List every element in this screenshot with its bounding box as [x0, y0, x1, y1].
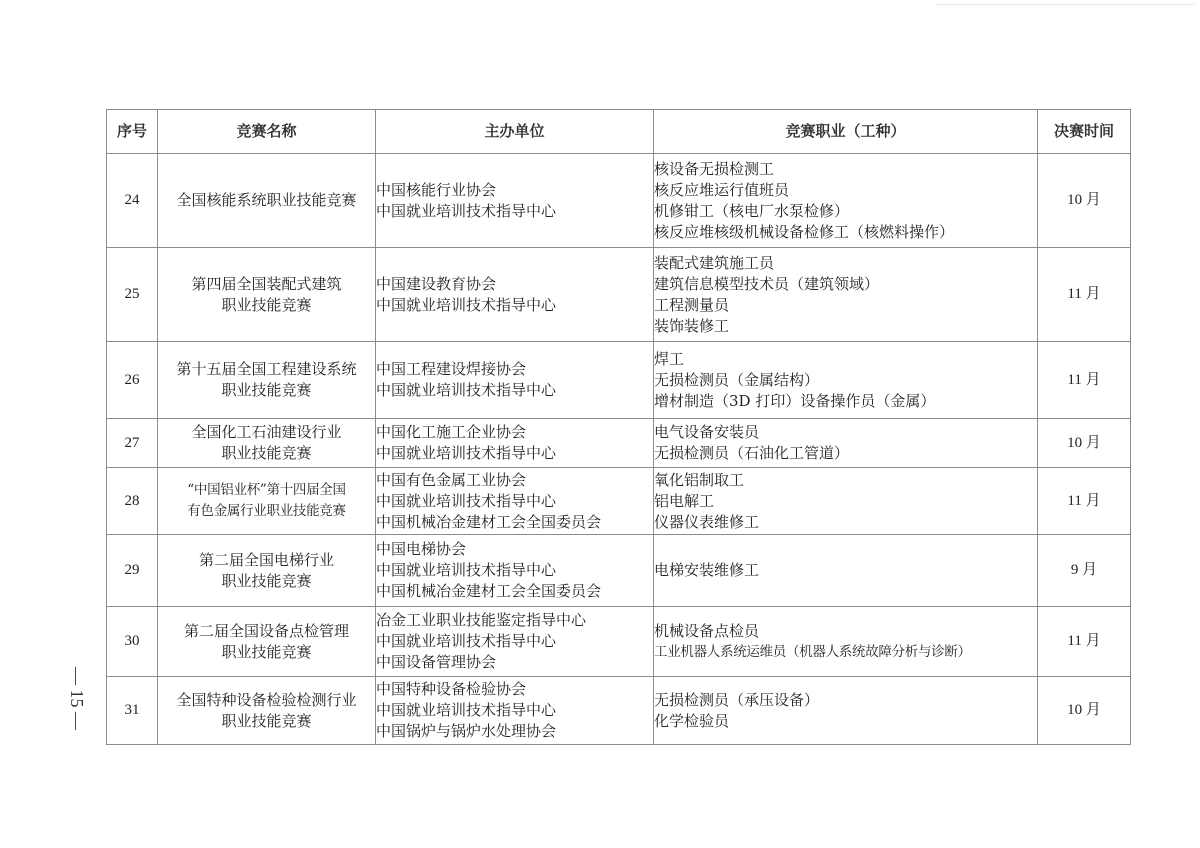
- row-no: 25: [107, 248, 158, 342]
- final-time: 11 月: [1038, 342, 1131, 419]
- page-number-text: — 15 —: [66, 667, 87, 730]
- table-row: 26 第十五届全国工程建设系统 职业技能竞赛 中国工程建设焊接协会 中国就业培训…: [107, 342, 1131, 419]
- header-organizer: 主办单位: [376, 110, 654, 154]
- organizers: 中国有色金属工业协会 中国就业培训技术指导中心 中国机械冶金建材工会全国委员会: [376, 468, 654, 535]
- row-no: 27: [107, 419, 158, 468]
- final-time: 10 月: [1038, 419, 1131, 468]
- final-time: 10 月: [1038, 677, 1131, 745]
- row-no: 28: [107, 468, 158, 535]
- table-row: 31 全国特种设备检验检测行业 职业技能竞赛 中国特种设备检验协会 中国就业培训…: [107, 677, 1131, 745]
- row-no: 26: [107, 342, 158, 419]
- occupations: 电气设备安装员 无损检测员（石油化工管道）: [654, 419, 1038, 468]
- table-row: 24 全国核能系统职业技能竞赛 中国核能行业协会 中国就业培训技术指导中心 核设…: [107, 154, 1131, 248]
- competition-name: “中国铝业杯”第十四届全国 有色金属行业职业技能竞赛: [158, 468, 376, 535]
- row-no: 29: [107, 535, 158, 607]
- organizers: 中国工程建设焊接协会 中国就业培训技术指导中心: [376, 342, 654, 419]
- organizers: 中国化工施工企业协会 中国就业培训技术指导中心: [376, 419, 654, 468]
- occupations: 机械设备点检员 工业机器人系统运维员（机器人系统故障分析与诊断）: [654, 607, 1038, 677]
- final-time: 10 月: [1038, 154, 1131, 248]
- competition-name: 第二届全国设备点检管理 职业技能竞赛: [158, 607, 376, 677]
- competition-name: 第二届全国电梯行业 职业技能竞赛: [158, 535, 376, 607]
- occupations: 装配式建筑施工员 建筑信息模型技术员（建筑领域） 工程测量员 装饰装修工: [654, 248, 1038, 342]
- competition-name: 第四届全国装配式建筑 职业技能竞赛: [158, 248, 376, 342]
- table-row: 30 第二届全国设备点检管理 职业技能竞赛 冶金工业职业技能鉴定指导中心 中国就…: [107, 607, 1131, 677]
- table-header-row: 序号 竞赛名称 主办单位 竞赛职业（工种） 决赛时间: [107, 110, 1131, 154]
- final-time: 11 月: [1038, 607, 1131, 677]
- organizers: 中国核能行业协会 中国就业培训技术指导中心: [376, 154, 654, 248]
- organizers: 中国电梯协会 中国就业培训技术指导中心 中国机械冶金建材工会全国委员会: [376, 535, 654, 607]
- competition-name: 全国核能系统职业技能竞赛: [158, 154, 376, 248]
- occupations: 氧化铝制取工 铝电解工 仪器仪表维修工: [654, 468, 1038, 535]
- table-row: 28 “中国铝业杯”第十四届全国 有色金属行业职业技能竞赛 中国有色金属工业协会…: [107, 468, 1131, 535]
- table-row: 25 第四届全国装配式建筑 职业技能竞赛 中国建设教育协会 中国就业培训技术指导…: [107, 248, 1131, 342]
- header-name: 竞赛名称: [158, 110, 376, 154]
- row-no: 31: [107, 677, 158, 745]
- occupations: 电梯安装维修工: [654, 535, 1038, 607]
- final-time: 11 月: [1038, 468, 1131, 535]
- header-occupations: 竞赛职业（工种）: [654, 110, 1038, 154]
- row-no: 30: [107, 607, 158, 677]
- organizers: 中国特种设备检验协会 中国就业培训技术指导中心 中国锅炉与锅炉水处理协会: [376, 677, 654, 745]
- occupations: 无损检测员（承压设备） 化学检验员: [654, 677, 1038, 745]
- organizers: 冶金工业职业技能鉴定指导中心 中国就业培训技术指导中心 中国设备管理协会: [376, 607, 654, 677]
- occupations: 核设备无损检测工 核反应堆运行值班员 机修钳工（核电厂水泵检修） 核反应堆核级机…: [654, 154, 1038, 248]
- header-no: 序号: [107, 110, 158, 154]
- competition-name: 全国特种设备检验检测行业 职业技能竞赛: [158, 677, 376, 745]
- occupations: 焊工 无损检测员（金属结构） 增材制造（3D 打印）设备操作员（金属）: [654, 342, 1038, 419]
- competition-table: 序号 竞赛名称 主办单位 竞赛职业（工种） 决赛时间 24 全国核能系统职业技能…: [106, 109, 1131, 745]
- header-final-time: 决赛时间: [1038, 110, 1131, 154]
- page-number: — 15 —: [56, 668, 96, 728]
- competition-name: 全国化工石油建设行业 职业技能竞赛: [158, 419, 376, 468]
- table-row: 27 全国化工石油建设行业 职业技能竞赛 中国化工施工企业协会 中国就业培训技术…: [107, 419, 1131, 468]
- final-time: 9 月: [1038, 535, 1131, 607]
- organizers: 中国建设教育协会 中国就业培训技术指导中心: [376, 248, 654, 342]
- row-no: 24: [107, 154, 158, 248]
- scan-artifact: [935, 4, 1195, 5]
- competition-name: 第十五届全国工程建设系统 职业技能竞赛: [158, 342, 376, 419]
- final-time: 11 月: [1038, 248, 1131, 342]
- table-row: 29 第二届全国电梯行业 职业技能竞赛 中国电梯协会 中国就业培训技术指导中心 …: [107, 535, 1131, 607]
